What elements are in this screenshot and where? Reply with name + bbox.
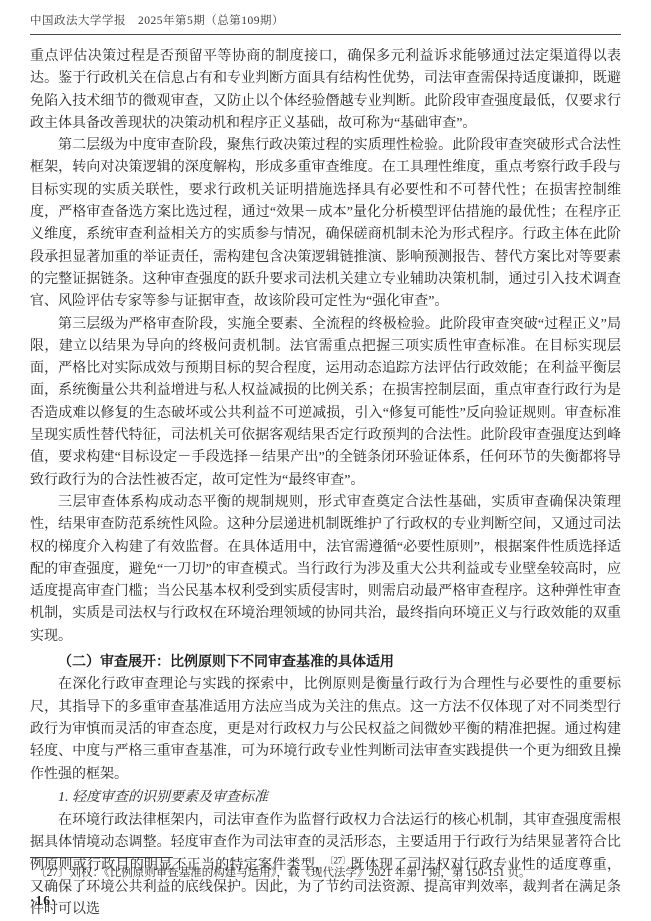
article-body: 重点评估决策过程是否预留平等协商的制度接口，确保多元利益诉求能够通过法定渠道得以… (30, 46, 621, 921)
footnote-27-text: 刘权：《比例原则审查基准的构建与适用》，载《现代法学》2021 年第 1 期，第… (70, 867, 531, 879)
footnote-27: 〔27〕刘权：《比例原则审查基准的构建与适用》，载《现代法学》2021 年第 1… (30, 865, 621, 881)
running-head: 中国政法大学学报 2025年第5期（总第109期） (30, 0, 621, 28)
subsection-heading: 1. 轻度审查的识别要素及审查标准 (30, 787, 621, 809)
section-heading: （二）审查展开：比例原则下不同审查基准的具体适用 (30, 650, 621, 672)
paragraph-continued: 重点评估决策过程是否预留平等协商的制度接口，确保多元利益诉求能够通过法定渠道得以… (30, 46, 621, 135)
footnote-area: 〔27〕刘权：《比例原则审查基准的构建与适用》，载《现代法学》2021 年第 1… (30, 857, 621, 881)
page-number: ·16· (30, 893, 57, 909)
paragraph-three-tier-balance: 三层审查体系构成动态平衡的规制规则，形式审查奠定合法性基础，实质审查确保决策理性… (30, 492, 621, 648)
paragraph-level2-review: 第二层级为中度审查阶段，聚焦行政决策过程的实质理性检验。此阶段审查突破形式合法性… (30, 135, 621, 313)
paragraph-proportionality: 在深化行政审查理论与实践的探索中，比例原则是衡量行政行为合理性与必要性的重要标尺… (30, 674, 621, 785)
paragraph-level3-review: 第三层级为严格审查阶段，实施全要素、全流程的终极检验。此阶段审查突破“过程正义”… (30, 314, 621, 492)
footnote-27-marker: 〔27〕 (35, 867, 70, 879)
header-rule (30, 34, 621, 35)
journal-page: 中国政法大学学报 2025年第5期（总第109期） 重点评估决策过程是否预留平等… (0, 0, 651, 921)
footnote-rule (30, 857, 173, 858)
